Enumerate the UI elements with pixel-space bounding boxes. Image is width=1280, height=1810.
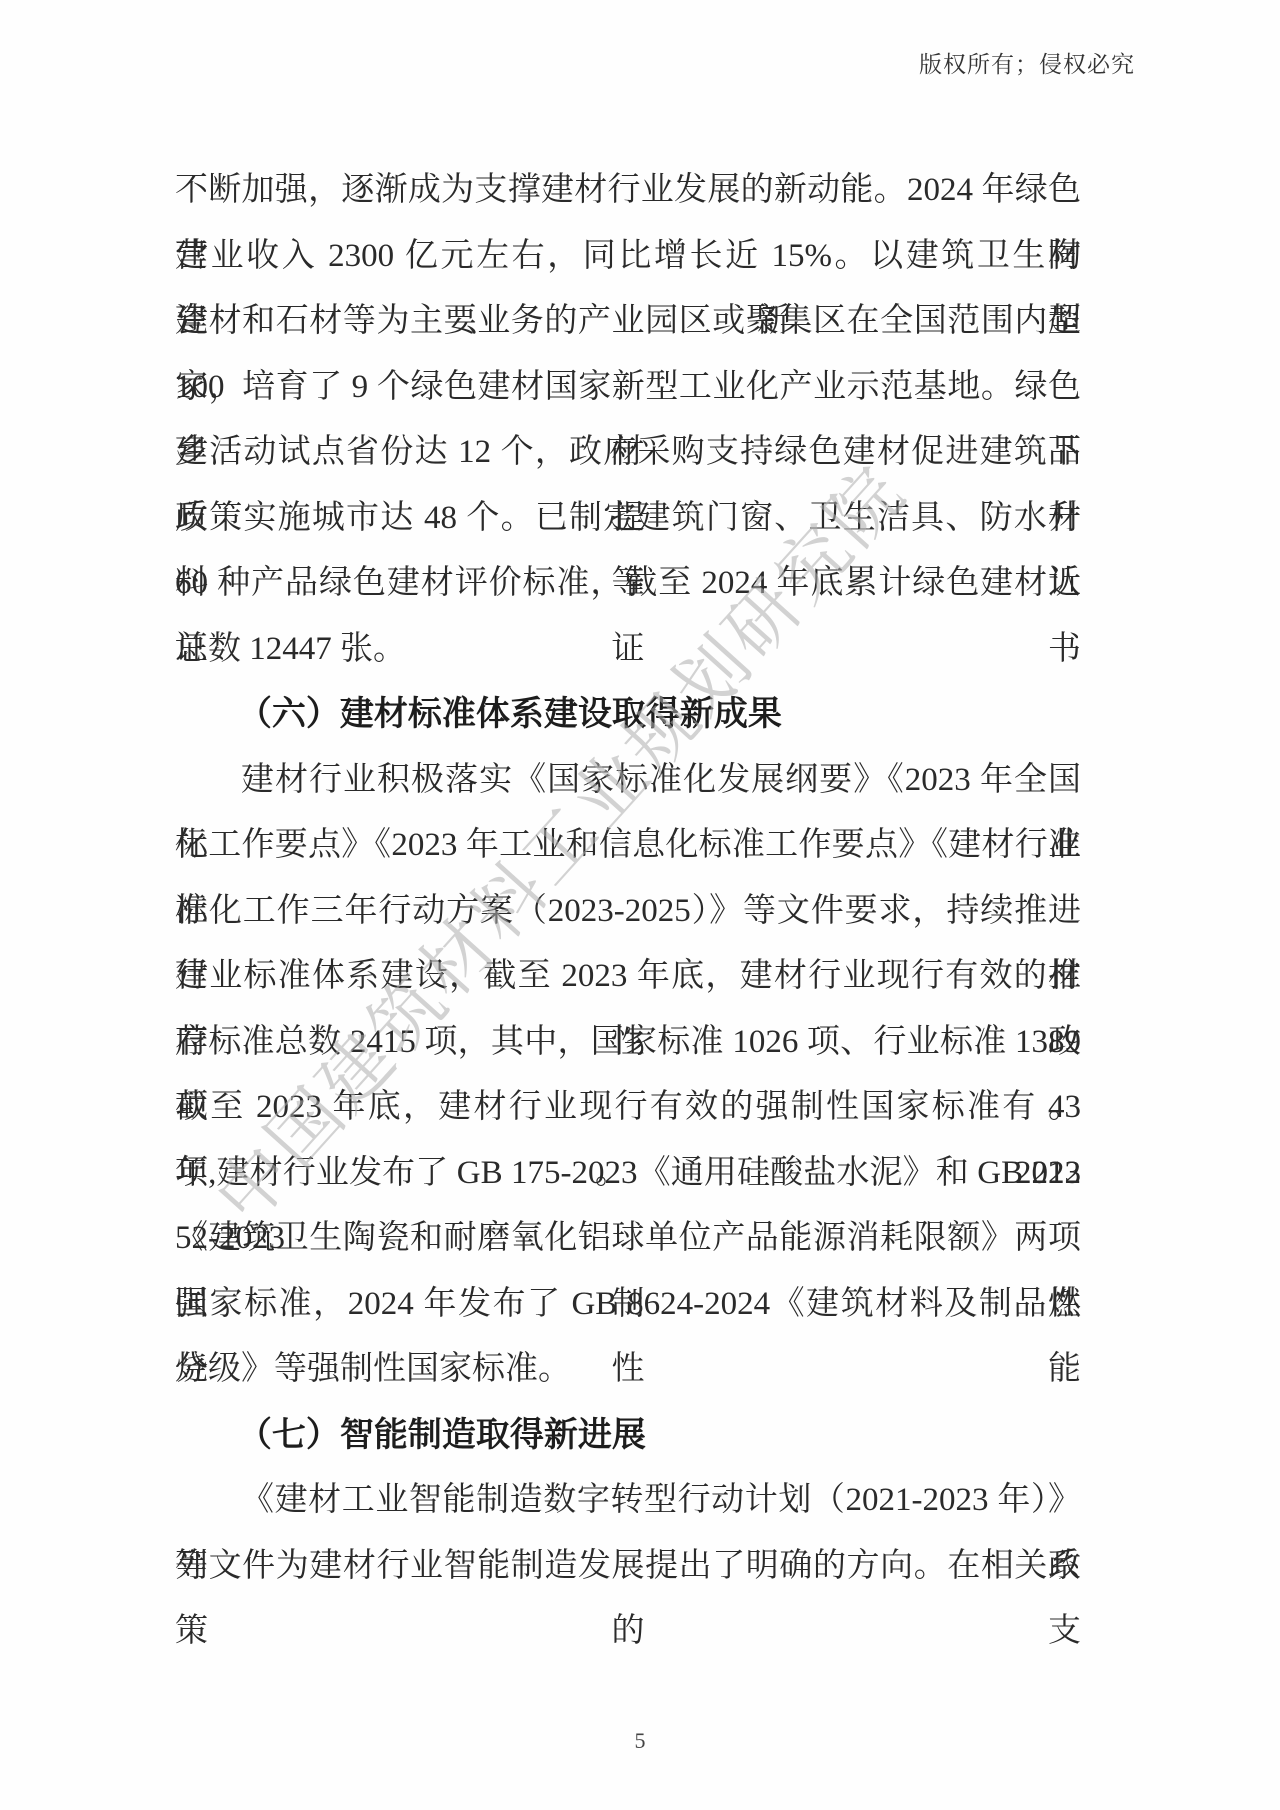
text-line: 截至 2023 年底，建材行业现行有效的强制性国家标准有 43 项。2023 bbox=[175, 1075, 1081, 1141]
text-line: 《建筑卫生陶瓷和耐磨氧化铝球单位产品能源消耗限额》两项强制性 bbox=[175, 1206, 1081, 1272]
section-heading: （七）智能制造取得新进展 bbox=[175, 1403, 1081, 1469]
text-line: 《建材工业智能制造数字转型行动计划（2021-2023 年）》等系 bbox=[175, 1468, 1081, 1534]
text-line: 化工作要点》《2023 年工业和信息化标准工作要点》《建材行业标 bbox=[175, 813, 1081, 879]
document-page: 版权所有；侵权必究 不断加强，逐渐成为支撑建材行业发展的新动能。2024 年绿色… bbox=[0, 0, 1280, 1810]
text-line: 建材行业积极落实《国家标准化发展纲要》《2023 年全国标准 bbox=[175, 748, 1081, 814]
text-line: 列文件为建材行业智能制造发展提出了明确的方向。在相关政策的支 bbox=[175, 1534, 1081, 1600]
text-line: 60 种产品绿色建材评价标准，截至 2024 年底累计绿色建材认证证书 bbox=[175, 551, 1081, 617]
text-line: 家，培育了 9 个绿色建材国家新型工业化产业示范基地。绿色建材下 bbox=[175, 355, 1081, 421]
text-line: 府标准总数 2415 项，其中，国家标准 1026 项、行业标准 1389 项。 bbox=[175, 1010, 1081, 1076]
text-line: 行业标准体系建设，截至 2023 年底，建材行业现行有效的推荐性政 bbox=[175, 944, 1081, 1010]
text-line: 政策实施城市达 48 个。已制定建筑门窗、卫生洁具、防水材料等近 bbox=[175, 486, 1081, 552]
text-line: 不断加强，逐渐成为支撑建材行业发展的新动能。2024 年绿色建材 bbox=[175, 158, 1081, 224]
text-line: 年,建材行业发布了 GB 175-2023《通用硅酸盐水泥》和 GB 21252… bbox=[175, 1141, 1081, 1207]
text-line: 乡活动试点省份达 12 个，政府采购支持绿色建材促进建筑品质提升 bbox=[175, 420, 1081, 486]
text-line: 营业收入 2300 亿元左右，同比增长近 15%。以建筑卫生陶瓷、新型 bbox=[175, 224, 1081, 290]
text-line: 准化工作三年行动方案（2023-2025）》等文件要求，持续推进建材 bbox=[175, 879, 1081, 945]
section-heading: （六）建材标准体系建设取得新成果 bbox=[175, 682, 1081, 748]
document-body: 不断加强，逐渐成为支撑建材行业发展的新动能。2024 年绿色建材营业收入 230… bbox=[175, 158, 1081, 1599]
page-number: 5 bbox=[0, 1728, 1280, 1754]
text-line: 国家标准，2024 年发布了 GB 8624-2024《建筑材料及制品燃烧性能 bbox=[175, 1272, 1081, 1338]
text-line: 建材和石材等为主要业务的产业园区或聚集区在全国范围内超 100 bbox=[175, 289, 1081, 355]
copyright-notice: 版权所有；侵权必究 bbox=[919, 46, 1135, 79]
